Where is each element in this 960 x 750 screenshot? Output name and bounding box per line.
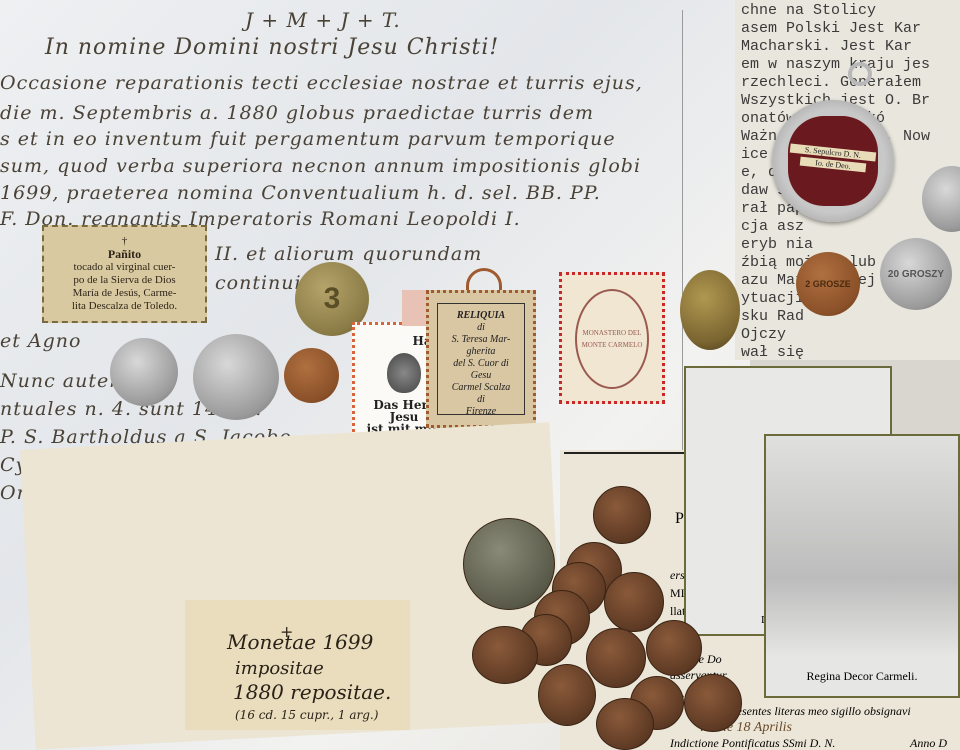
typed-line: sku Rad xyxy=(741,308,804,325)
envelope-label-line: Monetae 1699 xyxy=(227,630,373,654)
coin-silver-small xyxy=(110,338,178,406)
reliquia-line: del S. Cuor di xyxy=(438,358,524,370)
envelope-label-line: impositae xyxy=(235,658,324,679)
typed-line: em w naszym kraju jes xyxy=(741,56,930,73)
letter-line: Occasione reparationis tecti ecclesiae n… xyxy=(0,72,643,94)
certificate-line: praesentes literas meo sigillo obsignavi xyxy=(720,704,911,719)
typed-line: Macharski. Jest Kar xyxy=(741,38,912,55)
reliquia-line: Carmel Scalza xyxy=(438,382,524,394)
coin-copper xyxy=(472,626,538,684)
panito-line: tocado al virginal cuer- xyxy=(44,261,205,274)
pendant-bail-ring xyxy=(848,62,872,86)
religious-medal xyxy=(680,270,740,350)
scapular-carmel-seal: MONASTERO DEL MONTE CARMELO xyxy=(559,272,665,404)
envelope-label-line: (16 cd. 15 cupr., 1 arg.) xyxy=(235,708,378,722)
letter-line: et Agno xyxy=(0,330,81,352)
carmel-seal-icon: MONASTERO DEL MONTE CARMELO xyxy=(575,289,649,389)
certificate-line: Indictione Pontificatus SSmi D. N. xyxy=(670,736,835,750)
coin-copper xyxy=(586,628,646,688)
panito-line: lita Descalza de Toledo. xyxy=(44,300,205,313)
letter-line: II. et aliorum quorundam xyxy=(215,243,482,265)
reliquary-pendant: S. Sepulcro D. N. Io. de Deo. xyxy=(772,100,894,222)
typed-line: wał się xyxy=(741,344,804,360)
typed-line: rzechleci. Generałem xyxy=(741,74,921,91)
letter-line: sum, quod verba superiora necnon annum i… xyxy=(0,155,641,177)
coin-silver-florin xyxy=(193,334,279,420)
reliquia-line: gherita xyxy=(438,346,524,358)
engraving-regina-decor-carmeli: Regina Decor Carmeli. xyxy=(764,434,960,698)
reliquia-line: di xyxy=(438,394,524,406)
reliquia-line: di xyxy=(438,322,524,334)
typed-line: cja asz xyxy=(741,218,804,235)
coin-bronze xyxy=(284,348,339,403)
panito-title: Pañito xyxy=(44,248,205,261)
sacred-heart-icon xyxy=(387,353,421,393)
typed-line: ytuacji xyxy=(741,290,804,307)
typed-line: chne na Stolicy xyxy=(741,2,876,19)
coin-copper xyxy=(646,620,702,676)
letter-line: Nunc autem xyxy=(0,370,128,392)
reliquia-line: S. Teresa Mar- xyxy=(438,334,524,346)
page-margin-rule xyxy=(682,10,683,450)
letter-line: 1699, praeterea nomina Conventualium h. … xyxy=(0,182,601,204)
panito-line: po de la Sierva de Dios xyxy=(44,274,205,287)
coin-copper xyxy=(604,572,664,632)
envelope-label-line: 1880 repositae. xyxy=(233,680,391,704)
scapular-reliquia: RELIQUIA di S. Teresa Mar- gherita del S… xyxy=(426,290,536,428)
panito-relic-card: † Pañito tocado al virginal cuer- po de … xyxy=(42,225,207,323)
typed-line: eryb nia xyxy=(741,236,813,253)
coin-2-grosze: 2 GROSZE xyxy=(796,252,860,316)
typed-line: ice xyxy=(741,146,768,163)
reliquia-line: Firenze xyxy=(438,406,524,418)
coin-copper xyxy=(596,698,654,750)
reliquia-line: Gesu xyxy=(438,370,524,382)
letter-line: J + M + J + T. xyxy=(245,8,401,32)
coin-copper xyxy=(593,486,651,544)
panito-line: María de Jesús, Carme- xyxy=(44,287,205,300)
engraving-right-caption: Regina Decor Carmeli. xyxy=(766,669,958,684)
coin-copper xyxy=(684,674,742,732)
coin-large-grey xyxy=(463,518,555,610)
certificate-line: Anno D xyxy=(910,736,947,750)
envelope-label: + Monetae 1699 impositae 1880 repositae.… xyxy=(185,600,410,730)
letter-line: die m. Septembris a. 1880 globus praedic… xyxy=(0,102,594,124)
typed-line: Ojczy xyxy=(741,326,786,343)
typed-line: asem Polski Jest Kar xyxy=(741,20,921,37)
letter-line: s et in eo inventum fuit pergamentum par… xyxy=(0,128,616,150)
coin-copper xyxy=(538,664,596,726)
coin-20-groszy: 20 GROSZY xyxy=(880,238,952,310)
reliquia-line: RELIQUIA xyxy=(438,310,524,322)
letter-line: In nomine Domini nostri Jesu Christi! xyxy=(45,35,499,60)
